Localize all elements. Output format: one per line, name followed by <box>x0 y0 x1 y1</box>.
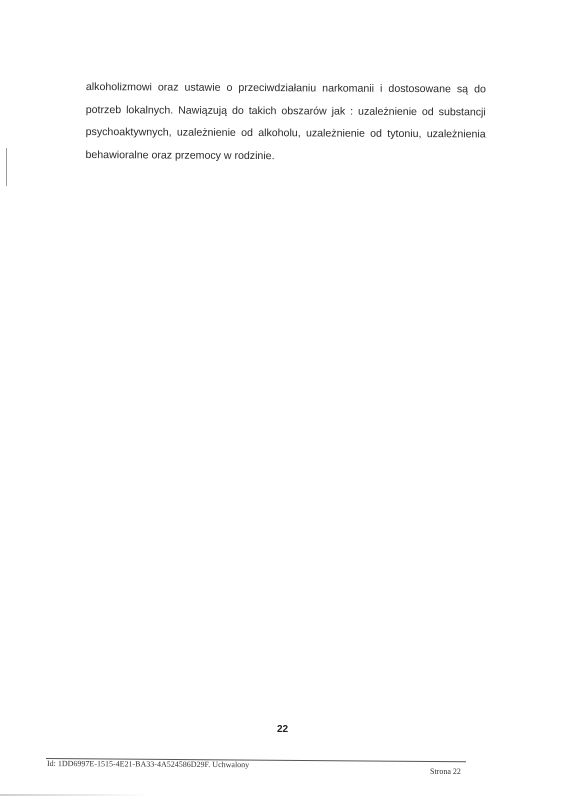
page-number: 22 <box>0 724 565 735</box>
scan-bottom-shadow <box>0 794 150 796</box>
footer-document-id: Id: 1DD6997E-1515-4E21-BA33-4A524586D29F… <box>47 759 249 769</box>
document-body: alkoholizmowi oraz ustawie o przeciwdzia… <box>85 76 486 168</box>
body-paragraph: alkoholizmowi oraz ustawie o przeciwdzia… <box>85 76 486 168</box>
scan-edge-mark <box>6 148 7 186</box>
footer-page-label: Strona 22 <box>430 767 461 776</box>
